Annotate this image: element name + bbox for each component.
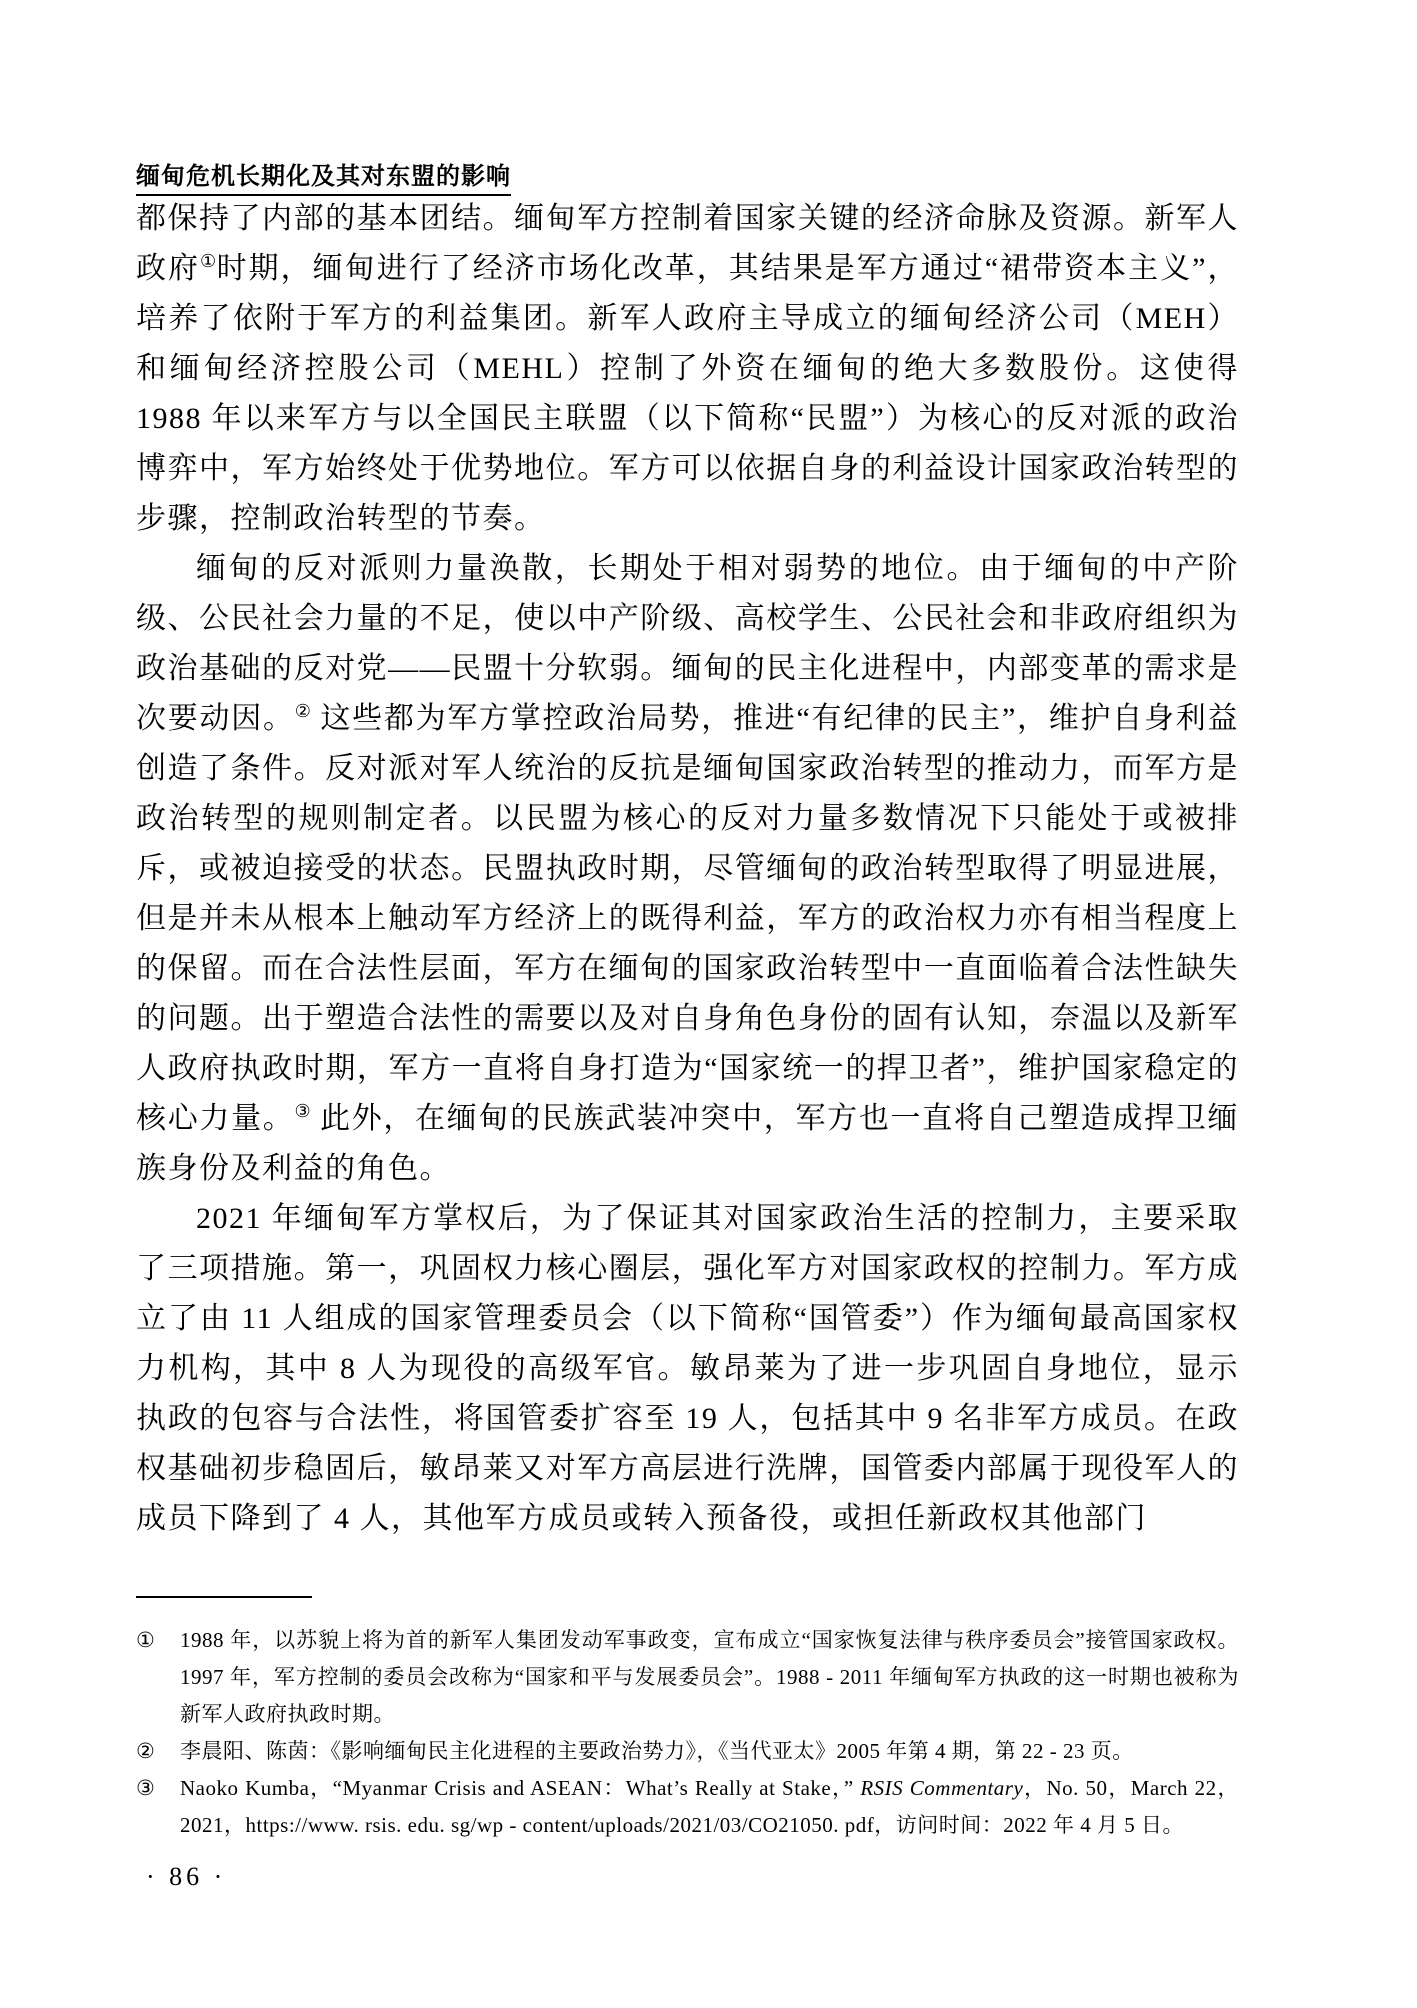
footnote-separator xyxy=(136,1596,312,1598)
text-run: 2021 年缅甸军方掌权后，为了保证其对国家政治生活的控制力，主要采取了三项措施… xyxy=(136,1202,1239,1535)
footnote-text: 1988 年，以苏貌上将为首的新军人集团发动军事政变，宣布成立“国家恢复法律与秩… xyxy=(180,1622,1239,1733)
journal-name: RSIS Commentary xyxy=(860,1776,1023,1800)
paragraph: 都保持了内部的基本团结。缅甸军方控制着国家关键的经济命脉及资源。新军人政府①时期… xyxy=(136,194,1239,544)
footnote-ref: ② xyxy=(295,701,311,721)
footnote-marker: ① xyxy=(136,1622,180,1659)
footnotes-section: ①1988 年，以苏貌上将为首的新军人集团发动军事政变，宣布成立“国家恢复法律与… xyxy=(136,1622,1239,1844)
footnote-ref: ③ xyxy=(294,1101,310,1121)
page-number: · 86 · xyxy=(146,1862,226,1892)
text-run: 李晨阳、陈茵：《影响缅甸民主化进程的主要政治势力》，《当代亚太》2005 年第 … xyxy=(180,1739,1134,1763)
text-run: 这些都为军方掌控政治局势，推进“有纪律的民主”，维护自身利益创造了条件。反对派对… xyxy=(136,702,1239,1135)
footnote-text: Naoko Kumba，“Myanmar Crisis and ASEAN：Wh… xyxy=(180,1770,1239,1844)
paragraph: 2021 年缅甸军方掌权后，为了保证其对国家政治生活的控制力，主要采取了三项措施… xyxy=(136,1194,1239,1544)
document-page: 缅甸危机长期化及其对东盟的影响 都保持了内部的基本团结。缅甸军方控制着国家关键的… xyxy=(0,0,1417,2008)
footnote-ref: ① xyxy=(200,251,217,271)
footnote-marker: ③ xyxy=(136,1770,180,1807)
footnote-item: ②李晨阳、陈茵：《影响缅甸民主化进程的主要政治势力》，《当代亚太》2005 年第… xyxy=(136,1733,1239,1770)
footnote-item: ①1988 年，以苏貌上将为首的新军人集团发动军事政变，宣布成立“国家恢复法律与… xyxy=(136,1622,1239,1733)
paragraph: 缅甸的反对派则力量涣散，长期处于相对弱势的地位。由于缅甸的中产阶级、公民社会力量… xyxy=(136,544,1239,1194)
footnote-item: ③Naoko Kumba，“Myanmar Crisis and ASEAN：W… xyxy=(136,1770,1239,1844)
body-text: 都保持了内部的基本团结。缅甸军方控制着国家关键的经济命脉及资源。新军人政府①时期… xyxy=(136,194,1239,1544)
footnote-text: 李晨阳、陈茵：《影响缅甸民主化进程的主要政治势力》，《当代亚太》2005 年第 … xyxy=(180,1733,1239,1770)
text-run: 时期，缅甸进行了经济市场化改革，其结果是军方通过“裙带资本主义”，培养了依附于军… xyxy=(136,252,1239,535)
footnote-marker: ② xyxy=(136,1733,180,1770)
text-run: 1988 年，以苏貌上将为首的新军人集团发动军事政变，宣布成立“国家恢复法律与秩… xyxy=(180,1628,1239,1726)
text-run: Naoko Kumba，“Myanmar Crisis and ASEAN：Wh… xyxy=(180,1776,860,1800)
page-header-title: 缅甸危机长期化及其对东盟的影响 xyxy=(136,156,511,196)
